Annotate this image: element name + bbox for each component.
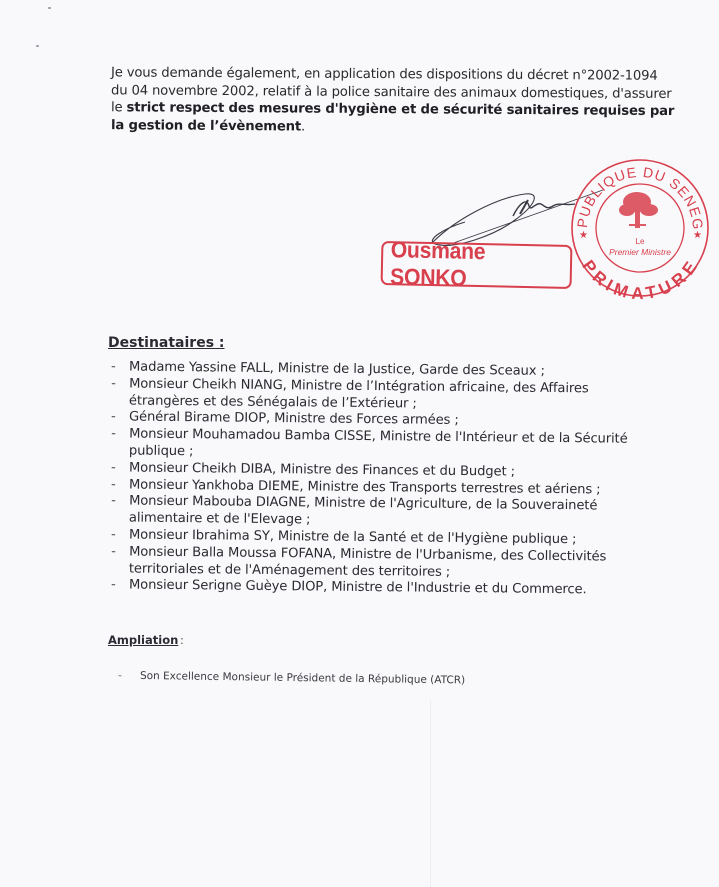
recipient-item: -Monsieur Mabouba DIAGNE, Ministre de l'… (108, 494, 628, 533)
recipient-item: -Monsieur Mouhamadou Bamba CISSE, Minist… (108, 426, 628, 465)
recipient-item: -Monsieur Serigne Guèye DIOP, Ministre d… (108, 578, 628, 600)
scan-speck (36, 45, 39, 47)
bullet-dash: - (111, 494, 116, 511)
bullet-dash: - (111, 544, 116, 561)
bullet-dash: - (111, 376, 116, 393)
ampliation-heading: Ampliation (108, 633, 178, 647)
recipients-list: -Madame Yassine FALL, Ministre de la Jus… (108, 362, 628, 597)
emphasis-text: la gestion de l’évènement (111, 118, 301, 134)
document-page: Je vous demande également, en applicatio… (0, 0, 719, 887)
signatory-name-stamp: Ousmane SONKO (381, 241, 573, 289)
emphasis-text: strict respect des mesures d'hygiène et … (126, 100, 674, 119)
svg-text:★: ★ (579, 230, 588, 241)
bullet-dash: - (111, 359, 116, 376)
svg-text:Le: Le (636, 237, 645, 246)
recipients-heading: Destinataires : (108, 335, 225, 351)
bullet-dash: - (111, 578, 116, 595)
bullet-dash: - (111, 527, 116, 544)
paragraph-line: la gestion de l’évènement. (111, 117, 631, 138)
body-paragraph: Je vous demande également, en applicatio… (111, 66, 631, 136)
svg-text:Premier Ministre: Premier Ministre (609, 247, 671, 257)
scan-speck (48, 7, 51, 9)
paper-fold-line (430, 700, 431, 887)
svg-text:★: ★ (693, 230, 702, 241)
bullet-dash: - (111, 410, 116, 427)
bullet-dash: - (111, 426, 116, 443)
bullet-dash: - (118, 670, 122, 682)
bullet-dash: - (111, 477, 116, 494)
bullet-dash: - (111, 460, 116, 477)
recipient-line: Monsieur Serigne Guèye DIOP, Ministre de… (129, 578, 628, 600)
official-seal-icon: REPUBLIQUE DU SENEGAL PRIMATURE ★ ★ Le P… (565, 150, 715, 300)
ampliation-colon: : (180, 633, 184, 647)
svg-text:PRIMATURE: PRIMATURE (578, 257, 701, 300)
signatory-name: Ousmane SONKO (390, 236, 563, 294)
ampliation-item: -Son Excellence Monsieur le Président de… (118, 670, 465, 687)
ampliation-list: -Son Excellence Monsieur le Président de… (118, 672, 465, 684)
